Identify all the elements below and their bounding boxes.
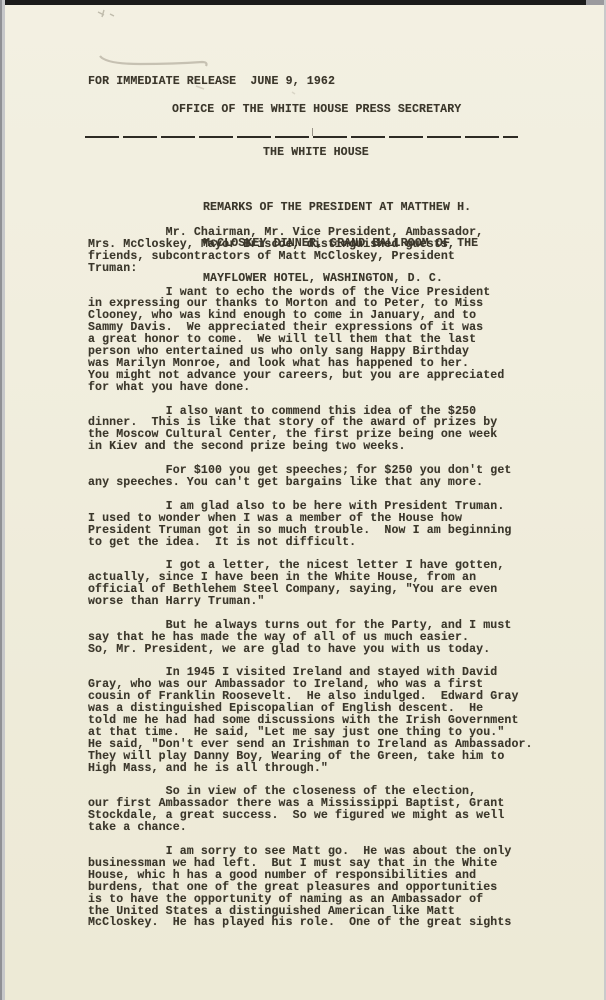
document-line: friends, subcontractors of Matt McCloske… (88, 251, 533, 263)
document-line: I used to wonder when I was a member of … (88, 513, 533, 525)
paragraph: For $100 you get speeches; for $250 you … (88, 465, 533, 489)
rule-tick-mark (312, 128, 313, 136)
document-line: You might not advance your careers, but … (88, 370, 533, 382)
document-line: He said, "Don't ever send an Irishman to… (88, 739, 533, 751)
document-line: But he always turns out for the Party, a… (88, 620, 533, 632)
document-body: Mr. Chairman, Mr. Vice President, Ambass… (88, 227, 533, 929)
paragraph: I am sorry to see Matt go. He was about … (88, 846, 533, 929)
document-line: businessman we had left. But I must say … (88, 858, 533, 870)
masthead: THE WHITE HOUSE (263, 147, 369, 159)
document-line: So, Mr. President, we are glad to have y… (88, 644, 533, 656)
typed-rule (85, 136, 518, 138)
document-line: President Truman got in so much trouble.… (88, 525, 533, 537)
document-line: I am glad also to be here with President… (88, 501, 533, 513)
document-line: any speeches. You can't get bargains lik… (88, 477, 533, 489)
release-line: FOR IMMEDIATE RELEASE JUNE 9, 1962 (88, 76, 335, 88)
paragraph: I also want to commend this idea of the … (88, 406, 533, 454)
paragraph: I want to echo the words of the Vice Pre… (88, 287, 533, 394)
document-line: burdens, that one of the great pleasures… (88, 882, 533, 894)
document-line: High Mass, and he is all through." (88, 763, 533, 775)
document-line: in Kiev and the second prize being two w… (88, 441, 533, 453)
paragraph: But he always turns out for the Party, a… (88, 620, 533, 656)
paragraph: Mr. Chairman, Mr. Vice President, Ambass… (88, 227, 533, 275)
document-line: Truman: (88, 263, 533, 275)
paragraph: I got a letter, the nicest letter I have… (88, 560, 533, 608)
document-line: to get the idea. It is not difficult. (88, 537, 533, 549)
press-release-page: FOR IMMEDIATE RELEASE JUNE 9, 1962 OFFIC… (0, 0, 606, 1000)
document-line: take a chance. (88, 822, 533, 834)
paragraph: So in view of the closeness of the elect… (88, 786, 533, 834)
scan-edge-top (0, 0, 586, 5)
scan-edge-top-right (586, 0, 606, 5)
scan-edge-left (0, 0, 5, 1000)
office-line: OFFICE OF THE WHITE HOUSE PRESS SECRETAR… (172, 104, 461, 116)
document-line: is to have the opportunity of naming as … (88, 894, 533, 906)
paragraph: In 1945 I visited Ireland and stayed wit… (88, 667, 533, 774)
paragraph: I am glad also to be here with President… (88, 501, 533, 549)
document-line: House, whic h has a good number of respo… (88, 870, 533, 882)
document-line: McCloskey. He has played his role. One o… (88, 917, 533, 929)
document-line: say that he has made the way of all of u… (88, 632, 533, 644)
title-line: REMARKS OF THE PRESIDENT AT MATTHEW H. (203, 202, 478, 214)
document-line: worse than Harry Truman." (88, 596, 533, 608)
document-line: They will play Danny Boy, Wearing of the… (88, 751, 533, 763)
document-line: for what you have done. (88, 382, 533, 394)
pencil-marks (0, 0, 320, 110)
